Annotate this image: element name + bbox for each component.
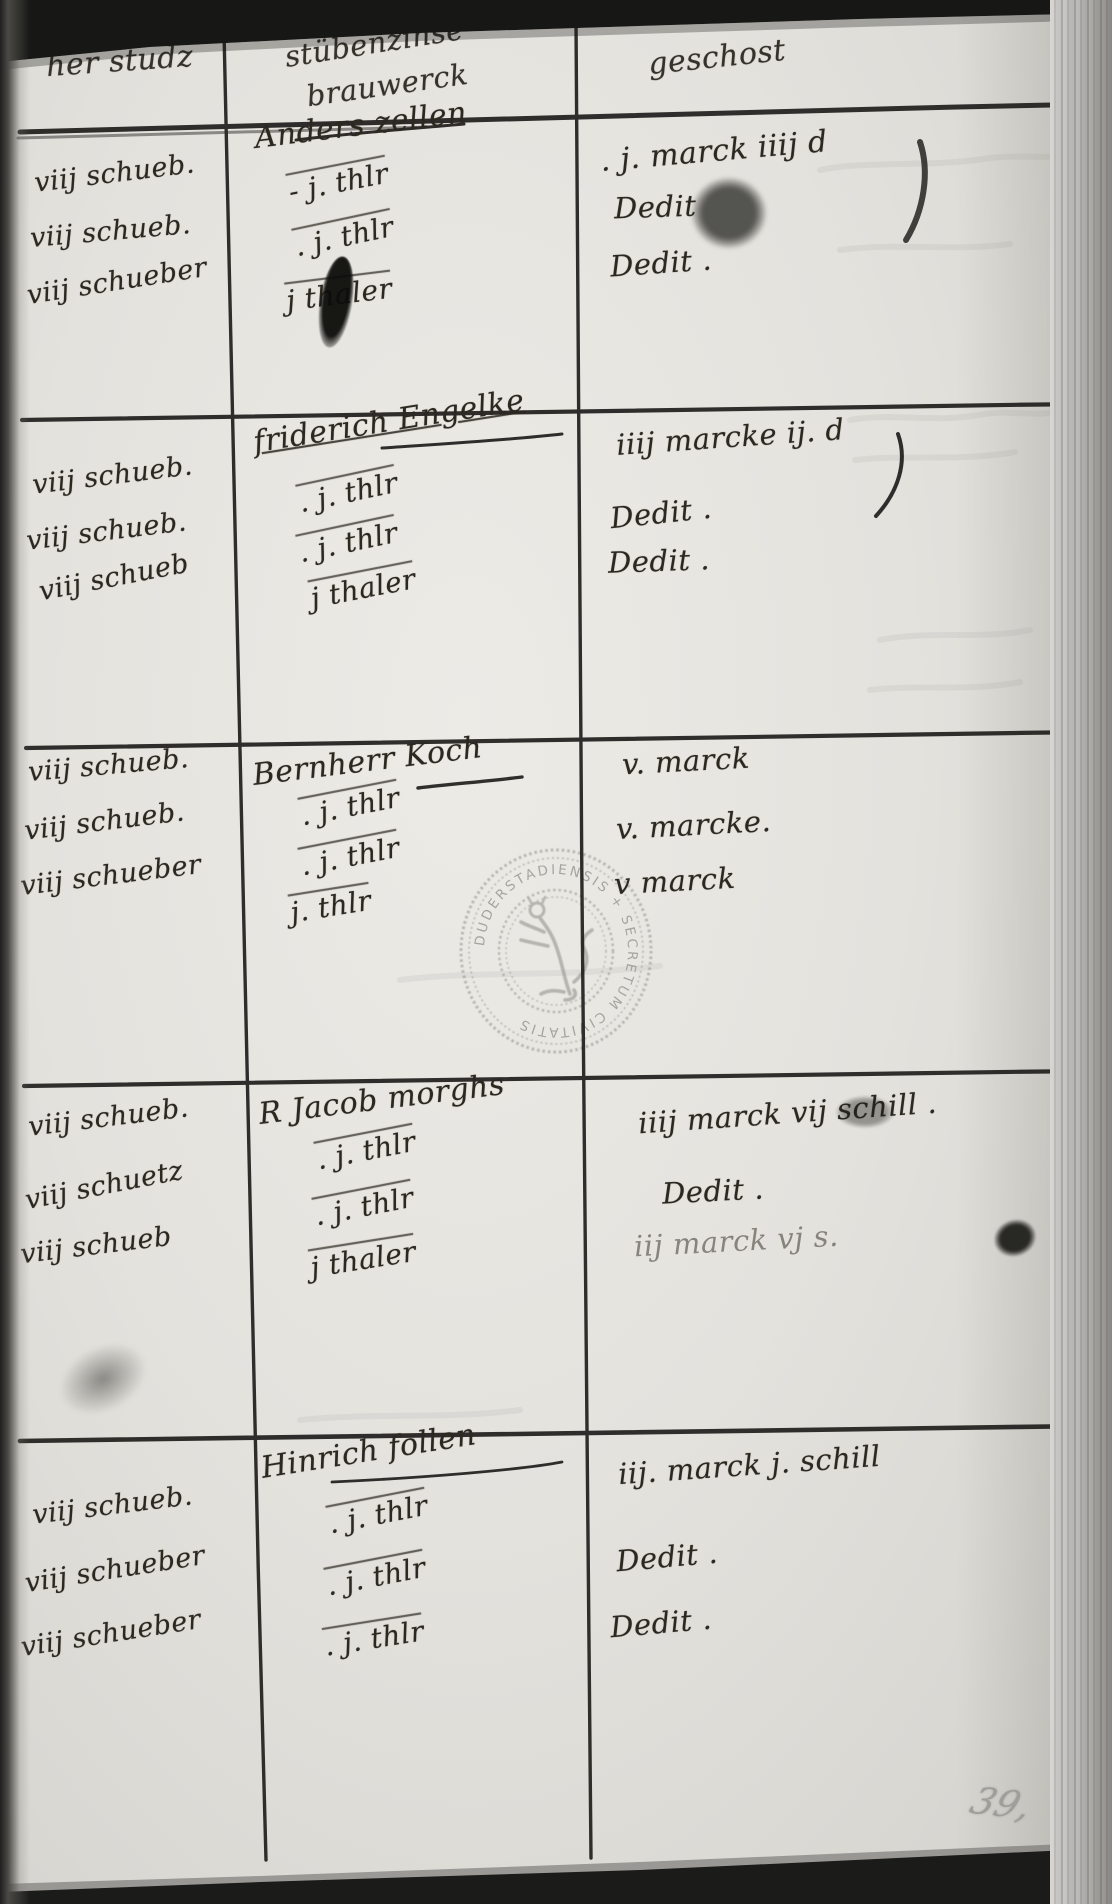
column-header-1: her studz xyxy=(45,39,194,84)
taxpayer-name: friderich Engelke xyxy=(251,383,527,460)
schub-amount: viij schueb. xyxy=(33,148,197,198)
manuscript-page: DUDERSTADIENSIS + SECRETUM CIVITATIS xyxy=(0,0,1112,1904)
taxpayer-name: Bernherr Koch xyxy=(251,730,485,793)
taxpayer-name: R Jacob morghs xyxy=(257,1067,507,1132)
thaler-amount: . j. thlr xyxy=(322,1614,426,1662)
thaler-amount: . j. thlr xyxy=(296,466,401,519)
geschoss-amount: v marck xyxy=(613,861,736,901)
dedit-note: Dedit . xyxy=(615,1536,719,1579)
thaler-amount: . j. thlr xyxy=(326,1489,431,1541)
seal-inner-ring-inner xyxy=(506,897,606,1005)
schub-amount: viij schueb. xyxy=(23,796,187,846)
thaler-amount: j thaler xyxy=(284,272,394,318)
geschoss-amount: v. marck xyxy=(621,741,750,782)
schub-amount: viij schuetz xyxy=(23,1155,186,1216)
geschoss-amount: iiij marck vij schill . xyxy=(637,1086,938,1141)
dedit-note: Dedit . xyxy=(609,1602,713,1645)
dedit-note: Dedit xyxy=(613,189,697,226)
column-header-3: geschost xyxy=(647,33,788,82)
geschoss-amount: iiij marcke ij. d xyxy=(615,412,845,462)
geschoss-amount: . j. marck iiij d xyxy=(599,124,829,179)
thaler-amount: . j. thlr xyxy=(324,1551,429,1603)
dedit-note: Dedit . xyxy=(609,491,714,535)
schub-amount: viij schueb. xyxy=(25,506,189,556)
thaler-amount: . j. thlr xyxy=(298,781,403,833)
thaler-amount: . j. thlr xyxy=(298,831,403,883)
rule-header xyxy=(20,104,1098,132)
seal-inner-ring xyxy=(499,890,613,1012)
thaler-amount: j thaler xyxy=(308,562,419,615)
thaler-amount: - j. thlr xyxy=(286,157,391,209)
thaler-amount: . j. thlr xyxy=(314,1125,419,1177)
book-binding-edge-left xyxy=(0,0,30,1904)
dedit-note: Dedit . xyxy=(661,1171,764,1210)
rule-row-4 xyxy=(20,1426,1092,1441)
taxpayer-name: Hinrich follen xyxy=(259,1417,479,1486)
schub-amount: viij schueb. xyxy=(31,1480,195,1530)
thaler-amount: j. thlr xyxy=(288,884,374,929)
rule-row-3 xyxy=(24,1071,1092,1086)
page-stack-edge-right xyxy=(1050,0,1112,1904)
rule-row-1 xyxy=(22,404,1092,420)
schub-amount: viij schueb. xyxy=(27,743,190,788)
thaler-amount: . j. thlr xyxy=(312,1181,417,1233)
schub-amount: viij schueber xyxy=(19,849,203,902)
thaler-amount: . j. thlr xyxy=(296,516,401,569)
rule-column-1 xyxy=(224,32,266,1860)
dedit-note: Dedit . xyxy=(609,242,713,283)
schub-amount: viij schueb. xyxy=(27,1092,191,1142)
schub-amount: viij schueb. xyxy=(31,450,195,500)
ink-blot xyxy=(989,1214,1041,1262)
schub-amount: viij schueb xyxy=(19,1221,174,1270)
schub-amount: viij schueb. xyxy=(29,209,192,254)
ink-blot xyxy=(692,178,766,248)
schub-amount: viij schueber xyxy=(25,252,210,311)
dedit-note: Dedit . xyxy=(607,542,710,580)
geschoss-amount: iij marck vj s. xyxy=(633,1219,839,1264)
thaler-amount: . j. thlr xyxy=(292,210,397,263)
thaler-amount: j thaler xyxy=(308,1235,418,1284)
lion-rampant-icon xyxy=(521,897,592,1000)
folio-number: 39, xyxy=(965,1780,1039,1828)
schub-amount: viij schueber xyxy=(23,1540,208,1599)
schub-amount: viij schueber xyxy=(19,1604,204,1663)
schub-amount: viij schueb xyxy=(36,548,191,607)
rule-column-2 xyxy=(576,22,591,1858)
geschoss-amount: v. marcke. xyxy=(615,804,772,846)
page-edge-bottom xyxy=(0,1830,1112,1904)
ink-smudge xyxy=(46,1328,160,1430)
geschoss-amount: iij. marck j. schill xyxy=(617,1439,881,1491)
